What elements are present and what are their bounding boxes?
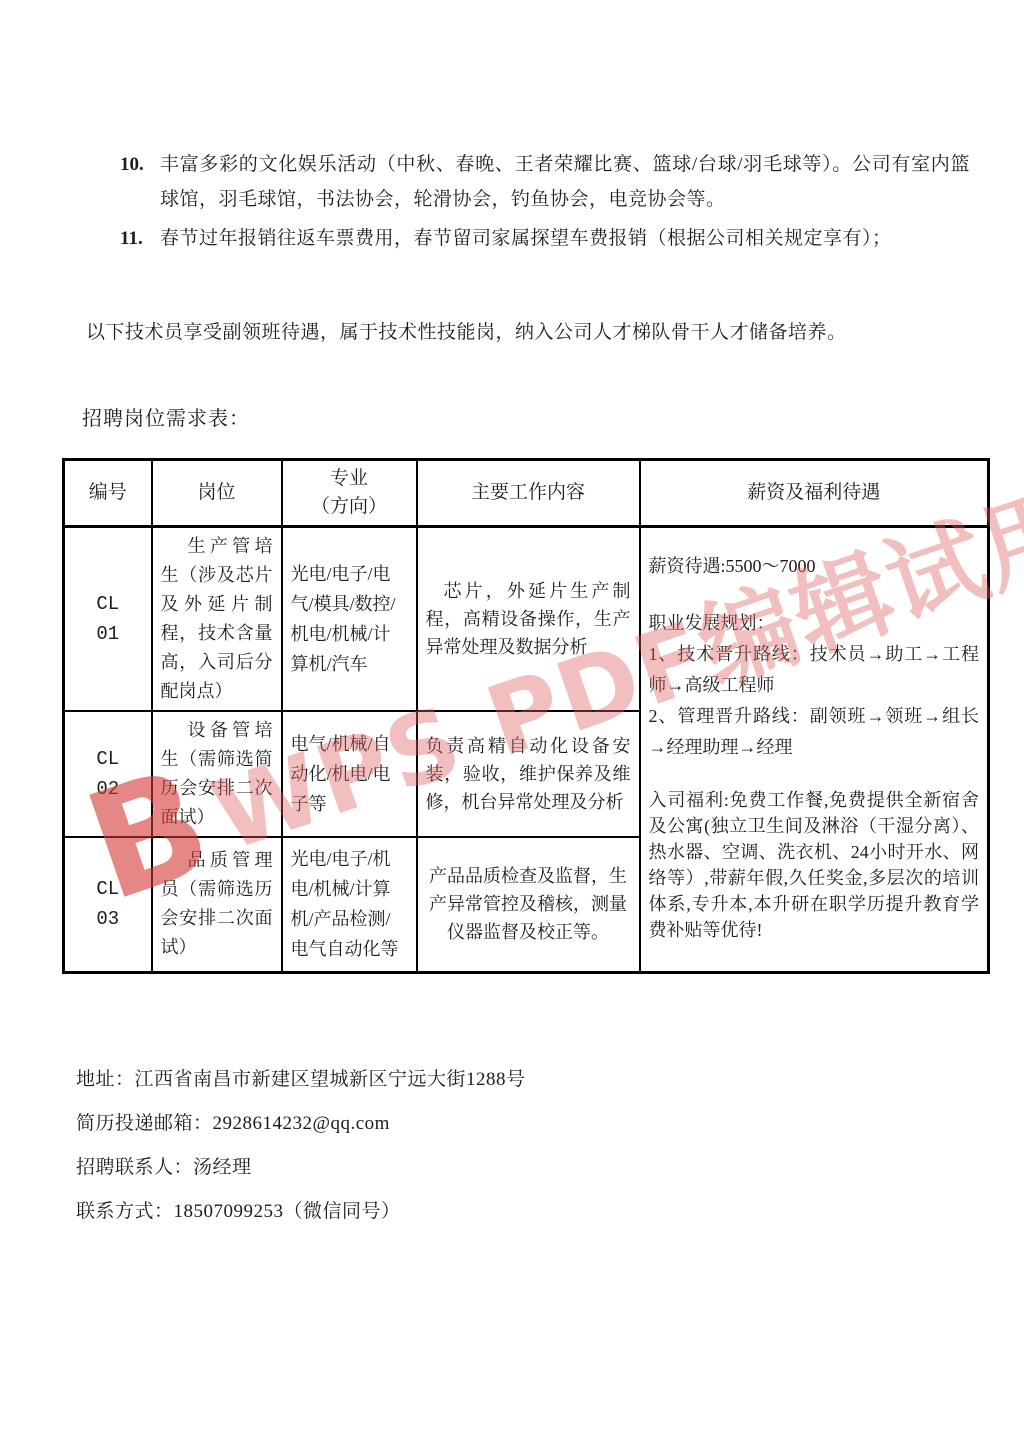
position-cell: 品质管理员（需筛选历会安排二次面试） [152, 837, 282, 972]
recruitment-table: 编号 岗位 专业 （方向） 主要工作内容 薪资及福利待遇 CL 01 生产管培生… [62, 458, 990, 974]
header-position: 岗位 [152, 460, 282, 527]
position-cell: 设备管培生（需筛选简历会安排二次面试） [152, 711, 282, 837]
code-cell: CL 02 [64, 711, 152, 837]
career-path-management: 2、管理晋升路线：副领班→领班→组长→经理助理→经理 [649, 701, 980, 763]
table-row: CL 01 生产管培生（涉及芯片及外延片制程，技术含量高，入司后分配岗点） 光电… [64, 527, 989, 712]
major-cell: 光电/电子/机电/机械/计算机/产品检测/ 电气自动化等 [282, 837, 417, 972]
position-cell: 生产管培生（涉及芯片及外延片制程，技术含量高，入司后分配岗点） [152, 527, 282, 712]
contact-phone: 联系方式：18507099253（微信同号） [76, 1200, 526, 1224]
header-duties: 主要工作内容 [417, 460, 640, 527]
item-number: 11. [120, 221, 160, 256]
career-plan-title: 职业发展规划： [649, 608, 980, 639]
code-cell: CL 03 [64, 837, 152, 972]
item-number: 10. [120, 147, 160, 182]
code-cell: CL 01 [64, 527, 152, 712]
table-title: 招聘岗位需求表： [82, 402, 250, 431]
salary-content: 薪资待遇:5500～7000 职业发展规划： 1、技术晋升路线：技术员→助工→工… [649, 551, 980, 947]
duties-cell: 产品品质检查及监督，生产异常管控及稽核，测量仪器监督及校正等。 [417, 837, 640, 972]
major-cell: 电气/机械/自动化/机电/电子等 [282, 711, 417, 837]
onboard-benefits: 入司福利:免费工作餐,免费提供全新宿舍及公寓(独立卫生间及淋浴（干湿分离）、热水… [649, 787, 980, 943]
contact-email: 简历投递邮箱：2928614232@qq.com [76, 1112, 526, 1136]
contact-person: 招聘联系人：汤经理 [76, 1156, 526, 1180]
major-cell: 光电/电子/电气/模具/数控/ 机电/机械/计算机/汽车 [282, 527, 417, 712]
intro-paragraph: 以下技术员享受副领班待遇，属于技术性技能岗，纳入公司人才梯队骨干人才储备培养。 [86, 316, 936, 349]
list-item: 11. 春节过年报销往返车票费用，春节留司家属探望车费报销（根据公司相关规定享有… [120, 221, 970, 256]
salary-benefits-cell: 薪资待遇:5500～7000 职业发展规划： 1、技术晋升路线：技术员→助工→工… [640, 527, 989, 973]
item-text: 丰富多彩的文化娱乐活动（中秋、春晚、王者荣耀比赛、篮球/台球/羽毛球等）。公司有… [160, 147, 970, 217]
duties-cell: 负责高精自动化设备安装，验收，维护保养及维修，机台异常处理及分析 [417, 711, 640, 837]
career-path-technical: 1、技术晋升路线：技术员→助工→工程师→高级工程师 [649, 639, 980, 701]
item-text: 春节过年报销往返车票费用，春节留司家属探望车费报销（根据公司相关规定享有）； [160, 221, 970, 256]
salary-pay-line: 薪资待遇:5500～7000 [649, 551, 980, 582]
table-header-row: 编号 岗位 专业 （方向） 主要工作内容 薪资及福利待遇 [64, 460, 989, 527]
list-item: 10. 丰富多彩的文化娱乐活动（中秋、春晚、王者荣耀比赛、篮球/台球/羽毛球等）… [120, 147, 970, 217]
benefit-list: 10. 丰富多彩的文化娱乐活动（中秋、春晚、王者荣耀比赛、篮球/台球/羽毛球等）… [120, 147, 970, 260]
header-salary: 薪资及福利待遇 [640, 460, 989, 527]
contact-address: 地址：江西省南昌市新建区望城新区宁远大街1288号 [76, 1068, 526, 1092]
document-page: 10. 丰富多彩的文化娱乐活动（中秋、春晚、王者荣耀比赛、篮球/台球/羽毛球等）… [0, 0, 1024, 1447]
header-major: 专业 （方向） [282, 460, 417, 527]
header-code: 编号 [64, 460, 152, 527]
contact-block: 地址：江西省南昌市新建区望城新区宁远大街1288号 简历投递邮箱：2928614… [76, 1068, 526, 1244]
duties-cell: 芯片，外延片生产制程，高精设备操作，生产异常处理及数据分析 [417, 527, 640, 712]
